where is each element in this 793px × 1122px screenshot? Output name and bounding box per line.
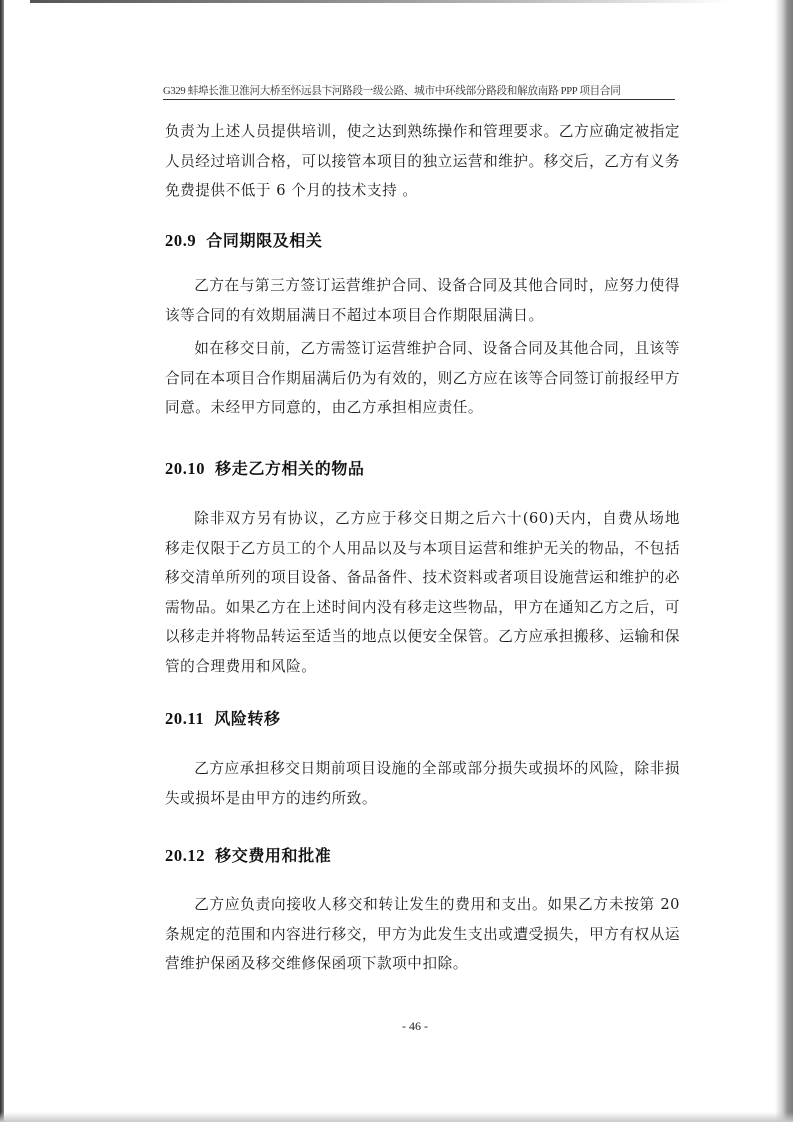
- section-number: 20.9: [165, 231, 196, 250]
- scan-edge-right: [775, 0, 793, 1122]
- section-heading: 20.12移交费用和批准: [165, 843, 680, 866]
- section-number: 20.10: [165, 459, 205, 478]
- section-number: 20.11: [165, 709, 204, 728]
- paragraph: 乙方应承担移交日期前项目设施的全部或部分损失或损坏的风险，除非损失或损坏是由甲方…: [165, 754, 680, 813]
- section-title: 合同期限及相关: [206, 231, 322, 250]
- section-heading: 20.11风险转移: [165, 706, 680, 729]
- section-20-12: 20.12移交费用和批准: [165, 843, 680, 866]
- intro-paragraph: 负责为上述人员提供培训，使之达到熟练操作和管理要求。乙方应确定被指定人员经过培训…: [165, 117, 680, 206]
- section-20-10: 20.10移走乙方相关的物品: [165, 456, 680, 479]
- section-20-12-body: 乙方应负责向接收人移交和转让发生的费用和支出。如果乙方未按第 20 条规定的范围…: [165, 890, 680, 979]
- scan-edge-bottom: [0, 1112, 793, 1122]
- intro-block: 负责为上述人员提供培训，使之达到熟练操作和管理要求。乙方应确定被指定人员经过培训…: [165, 117, 680, 206]
- section-20-11-body: 乙方应承担移交日期前项目设施的全部或部分损失或损坏的风险，除非损失或损坏是由甲方…: [165, 754, 680, 813]
- running-header: G329 蚌埠长淮卫淮河大桥至怀远县卞河路段一级公路、城市中环线部分路段和解放南…: [163, 83, 675, 100]
- section-20-10-body: 除非双方另有协议，乙方应于移交日期之后六十(60)天内，自费从场地移走仅限于乙方…: [165, 504, 680, 681]
- section-number: 20.12: [165, 846, 205, 865]
- scan-edge-top: [30, 0, 730, 3]
- section-heading: 20.9合同期限及相关: [165, 228, 680, 251]
- page-number: - 46 -: [380, 1019, 450, 1034]
- section-20-11: 20.11风险转移: [165, 706, 680, 729]
- paragraph: 乙方应负责向接收人移交和转让发生的费用和支出。如果乙方未按第 20 条规定的范围…: [165, 890, 680, 979]
- section-title: 移走乙方相关的物品: [215, 459, 364, 478]
- section-title: 风险转移: [214, 709, 280, 728]
- paragraph: 乙方在与第三方签订运营维护合同、设备合同及其他合同时，应努力使得该等合同的有效期…: [165, 271, 680, 330]
- section-heading: 20.10移走乙方相关的物品: [165, 456, 680, 479]
- section-title: 移交费用和批准: [215, 846, 331, 865]
- paragraph: 如在移交日前，乙方需签订运营维护合同、设备合同及其他合同，且该等合同在本项目合作…: [165, 334, 680, 423]
- scan-edge-left: [0, 0, 4, 1122]
- paragraph: 除非双方另有协议，乙方应于移交日期之后六十(60)天内，自费从场地移走仅限于乙方…: [165, 504, 680, 681]
- section-20-9: 20.9合同期限及相关: [165, 228, 680, 251]
- section-20-9-body: 乙方在与第三方签订运营维护合同、设备合同及其他合同时，应努力使得该等合同的有效期…: [165, 271, 680, 423]
